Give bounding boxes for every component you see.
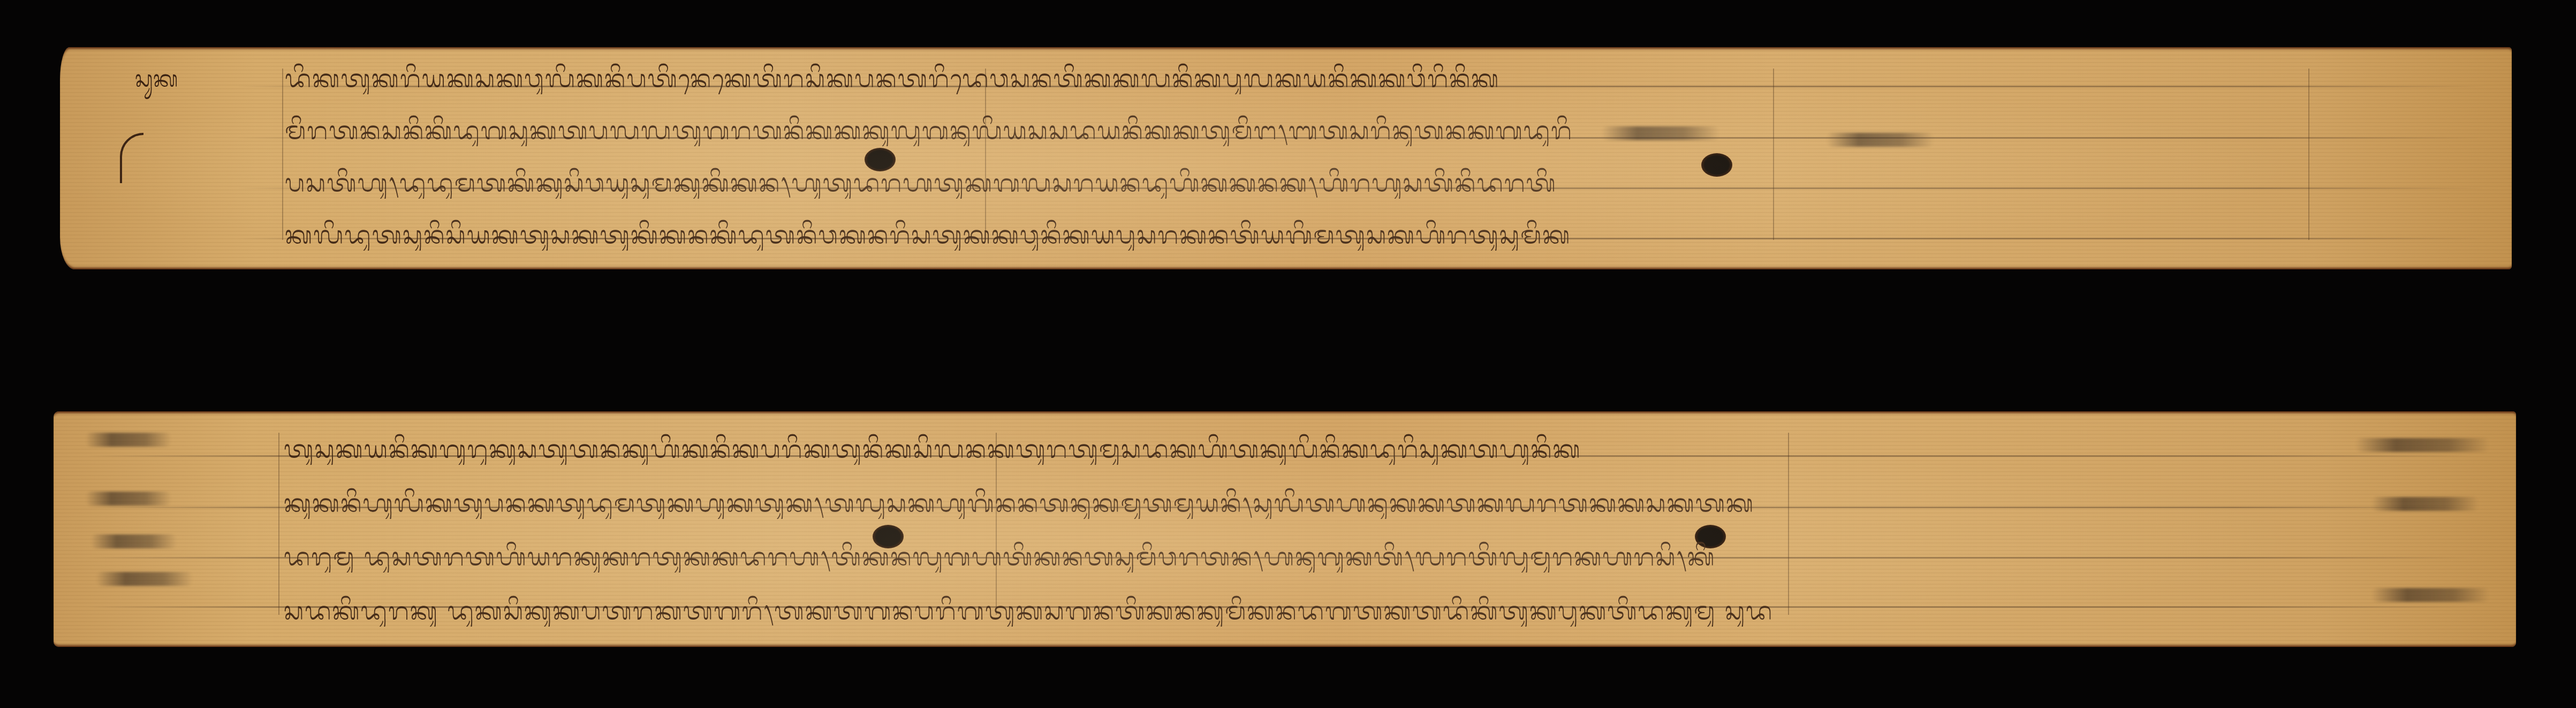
manuscript-text-bottom: ᬢᬸᬲᬸᬓᬬᬦᬶᬓᬕᬸᬭᬸᬓᬸᬲᬢᬸᬢᬦᬓᬸᬳᬶᬓᬦᬶᬓᬧᬭᬶᬓᬢᬸᬦᬶᬓᬲᬶᬮ… — [284, 434, 2339, 627]
text-line: ᬢᬸᬲᬸᬓᬬᬦᬶᬓᬕᬸᬭᬸᬓᬸᬲᬢᬸᬢᬦᬓᬸᬳᬶᬓᬦᬶᬓᬧᬭᬶᬓᬢᬸᬦᬶᬓᬲᬶᬮ… — [284, 434, 2339, 465]
column-divider — [282, 69, 283, 240]
column-divider — [278, 433, 279, 615]
ink-smudge — [2355, 438, 2489, 452]
leaf-number-label: ᬲᬸᬓ — [135, 63, 178, 103]
text-line: ᬫᬶᬭᬢᬦᬲᬦᬶᬓᬶᬤᬸᬕᬲᬸᬓᬢᬧᬮᬮᬢᬸᬕᬭᬢᬦᬶᬓᬓᬓᬸᬮᬸᬕᬦᬸᬮᬶᬬᬲ… — [285, 115, 2308, 146]
ink-smudge — [91, 534, 177, 548]
ink-smudge — [2372, 497, 2479, 511]
margin-mark — [120, 133, 143, 183]
manuscript-text-top: ᬤᬶᬓᬢᬸᬓᬭᬶᬬᬓᬲᬓᬯᬸᬮᬶᬓᬦᬶᬧᬢᬶᬦᬾᬓᬾᬢᬶᬭᬲᬶᬓᬧᬦᬢᬭᬶᬤᬾᬯ… — [285, 63, 2308, 251]
palm-leaf-bottom: ᬢᬸᬲᬸᬓᬬᬦᬶᬓᬕᬸᬭᬸᬓᬸᬲᬢᬸᬢᬦᬓᬸᬳᬶᬓᬦᬶᬓᬧᬭᬶᬓᬢᬸᬦᬶᬓᬲᬶᬮ… — [54, 411, 2516, 647]
ink-smudge — [2372, 588, 2489, 602]
text-line: ᬓᬮᬶᬤᬸᬢᬲᬸᬦᬶᬲᬶᬬᬓᬢᬸᬲᬓᬢᬸᬓᬶᬓᬦᬓᬶᬤᬸᬢᬦᬶᬯᬓᬦᬭᬶᬲᬢᬸᬓ… — [285, 220, 2308, 251]
text-line: ᬤᬶᬓᬢᬸᬓᬭᬶᬬᬓᬲᬓᬯᬸᬮᬶᬓᬦᬶᬧᬢᬶᬦᬾᬓᬾᬢᬶᬭᬲᬶᬓᬧᬦᬢᬭᬶᬤᬾᬯ… — [285, 63, 2308, 94]
column-divider — [2308, 69, 2309, 240]
ink-smudge — [86, 492, 171, 506]
ink-smudge — [96, 572, 193, 586]
text-line: ᬧᬲᬢᬶᬳᬸ᭞ᬤᬸᬤᬸᬫᬢᬓᬶᬓᬸᬲᬶᬯᬬᬸᬲᬸᬫᬓᬸᬓᬶᬓᬦ᭞ᬳᬸᬢᬸᬤᬭᬳᬢ… — [285, 168, 2308, 199]
text-line: ᬲᬤᬓᬶᬤᬸᬭᬓᬸ ᬤᬸᬓᬲᬶᬓᬸᬓᬧᬢᬭᬓᬢᬕᬭᬶ᭞ᬢᬓᬢᬕᬦᬧᬭᬶᬕᬢᬸᬓᬲ… — [284, 596, 2339, 627]
palm-leaf-top: ᬲᬸᬓ ᬤᬶᬓᬢᬸᬓᬭᬶᬬᬓᬲᬓᬯᬸᬮᬶᬓᬦᬶᬧᬢᬶᬦᬾᬓᬾᬢᬶᬭᬲᬶᬓᬧᬦᬢᬭ… — [60, 47, 2512, 269]
ink-smudge — [86, 433, 171, 447]
text-line: ᬓᬸᬓᬦᬶᬳᬸᬮᬶᬓᬢᬸᬧᬦᬓᬢᬸᬤᬸᬫᬢᬸᬓᬳᬸᬓᬢᬸᬓ᭞ᬢᬮᬸᬲᬓᬳᬸᬕᬶᬦ… — [284, 488, 2339, 519]
text-line: ᬤᬭᬸᬫᬸ ᬤᬸᬲᬢᬭᬢᬳᬶᬬᬭᬓᬸᬓᬭᬢᬸᬓᬓᬤᬭᬳ᭞ᬢᬶᬓᬦᬮᬸᬕᬳᬢᬶᬓᬦ… — [284, 541, 2339, 573]
